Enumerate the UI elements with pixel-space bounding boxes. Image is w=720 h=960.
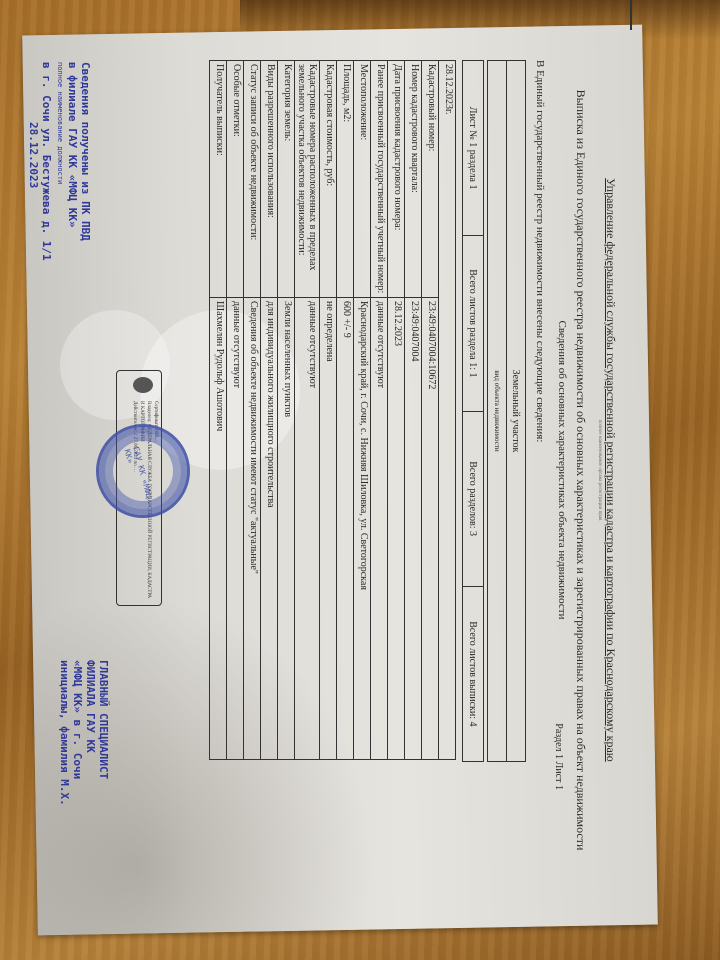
section-sheet-label: Раздел 1 Лист 1 (553, 723, 564, 790)
row-label: Виды разрешенного использования: (261, 61, 278, 298)
row-label: Кадастровая стоимость, руб: (320, 61, 337, 298)
document-title: Выписка из Единого государственного реес… (573, 40, 588, 900)
row-label: Номер кадастрового квартала: (405, 61, 422, 298)
table-row: Ранее присвоенный государственный учетны… (371, 61, 388, 760)
table-row: Категория земель:Земли населенных пункто… (278, 61, 295, 760)
specialist-line-1: ГЛАВНЫЙ СПЕЦИАЛИСТ (97, 660, 110, 806)
row-label: Кадастровые номера расположенных в преде… (295, 61, 320, 298)
organization-name: Управление федеральной службы государств… (603, 40, 618, 900)
row-label: Дата присвоения кадастрового номера: (388, 61, 405, 298)
row-value: 600 +/- 9 (337, 298, 354, 760)
specialist-line-2: ФИЛИАЛА ГАУ КК (84, 660, 97, 806)
specialist-line-4: инициалы, фамилия М.Х. (58, 660, 71, 806)
organization-caption: полное наименование органа регистрации п… (597, 40, 602, 900)
intro-text: В Единый государственный реестр недвижим… (534, 60, 546, 442)
characteristics-table: 28.12.2023г. Кадастровый номер:23:49:040… (209, 60, 456, 760)
row-value: 28.12.2023 (388, 298, 405, 760)
stamp-caption: полное наименование должности (53, 62, 66, 261)
row-label: Получатель выписки: (210, 61, 227, 298)
table-row: Кадастровая стоимость, руб:не определена (320, 61, 337, 760)
date-row: 28.12.2023г. (439, 61, 456, 760)
sheets-in-section: Всего листов раздела 1: 1 (463, 236, 483, 411)
table-row: Номер кадастрового квартала:23:49:040700… (405, 61, 422, 760)
row-label: Площадь, м2: (337, 61, 354, 298)
stamp-line-1: Сведения получены из ПК ПВД (79, 62, 92, 261)
row-value: не определена (320, 298, 337, 760)
row-label: Местоположение: (354, 61, 371, 298)
table-row: Статус записи об объекте недвижимости:Св… (244, 61, 261, 760)
row-value: данные отсутствуют (227, 298, 244, 760)
stamp-date: 28.12.2023 (27, 62, 40, 261)
table-row: Площадь, м2:600 +/- 9 (337, 61, 354, 760)
object-type-caption: вид объекта недвижимости (488, 61, 506, 761)
table-row: Получатель выписки:Шахмелян Рудольф Ашот… (210, 61, 227, 760)
coat-of-arms-icon (133, 377, 153, 393)
row-label: Статус записи об объекте недвижимости: (244, 61, 261, 298)
seal-text: ГАУ КК «МФЦ КК» (123, 446, 158, 516)
row-label: Особые отметки: (227, 61, 244, 298)
object-type: Земельный участок (506, 61, 525, 761)
table-row: Виды разрешенного использования:для инди… (261, 61, 278, 760)
row-value: 23:49:0407004:10672 (422, 298, 439, 760)
stamp-line-3: в г. Сочи ул. Бестужева д. 1/1 (40, 62, 53, 261)
table-row: Кадастровый номер:23:49:0407004:10672 (422, 61, 439, 760)
row-value: данные отсутствуют (371, 298, 388, 760)
extract-date: 28.12.2023г. (439, 61, 456, 760)
sections-total: Всего разделов: 3 (463, 412, 483, 587)
table-row: Особые отметки:данные отсутствуют (227, 61, 244, 760)
round-seal: ГАУ КК «МФЦ КК» (96, 424, 190, 518)
row-value: Краснодарский край, г. Сочи, с. Нижняя Ш… (354, 298, 371, 760)
table-row: Дата присвоения кадастрового номера:28.1… (388, 61, 405, 760)
row-value: Сведения об объекте недвижимости имеют с… (244, 298, 261, 760)
specialist-line-3: «МФЦ КК» в г. Сочи (71, 660, 84, 806)
issue-stamp: Сведения получены из ПК ПВД в филиале ГА… (27, 62, 92, 261)
sheet-info-row: Лист № 1 раздела 1 Всего листов раздела … (462, 60, 484, 762)
egrn-extract-document: Управление федеральной службы государств… (30, 40, 630, 900)
row-value: 23:49:0407004 (405, 298, 422, 760)
object-type-box: Земельный участок вид объекта недвижимос… (487, 60, 526, 762)
row-label: Кадастровый номер: (422, 61, 439, 298)
sheets-total: Всего листов выписки: 4 (463, 587, 483, 761)
row-value: Земли населенных пунктов (278, 298, 295, 760)
specialist-stamp: ГЛАВНЫЙ СПЕЦИАЛИСТ ФИЛИАЛА ГАУ КК «МФЦ К… (58, 660, 110, 806)
row-value: Шахмелян Рудольф Ашотович (210, 298, 227, 760)
row-label: Ранее присвоенный государственный учетны… (371, 61, 388, 298)
row-value: для индивидуального жилищного строительс… (261, 298, 278, 760)
page-mark (630, 0, 632, 30)
table-row: Кадастровые номера расположенных в преде… (295, 61, 320, 760)
table-row: Местоположение:Краснодарский край, г. Со… (354, 61, 371, 760)
row-value: данные отсутствуют (295, 298, 320, 760)
row-label: Категория земель: (278, 61, 295, 298)
stamp-line-2: в филиале ГАУ КК «МФЦ КК» (66, 62, 79, 261)
sheet-number: Лист № 1 раздела 1 (463, 61, 483, 236)
